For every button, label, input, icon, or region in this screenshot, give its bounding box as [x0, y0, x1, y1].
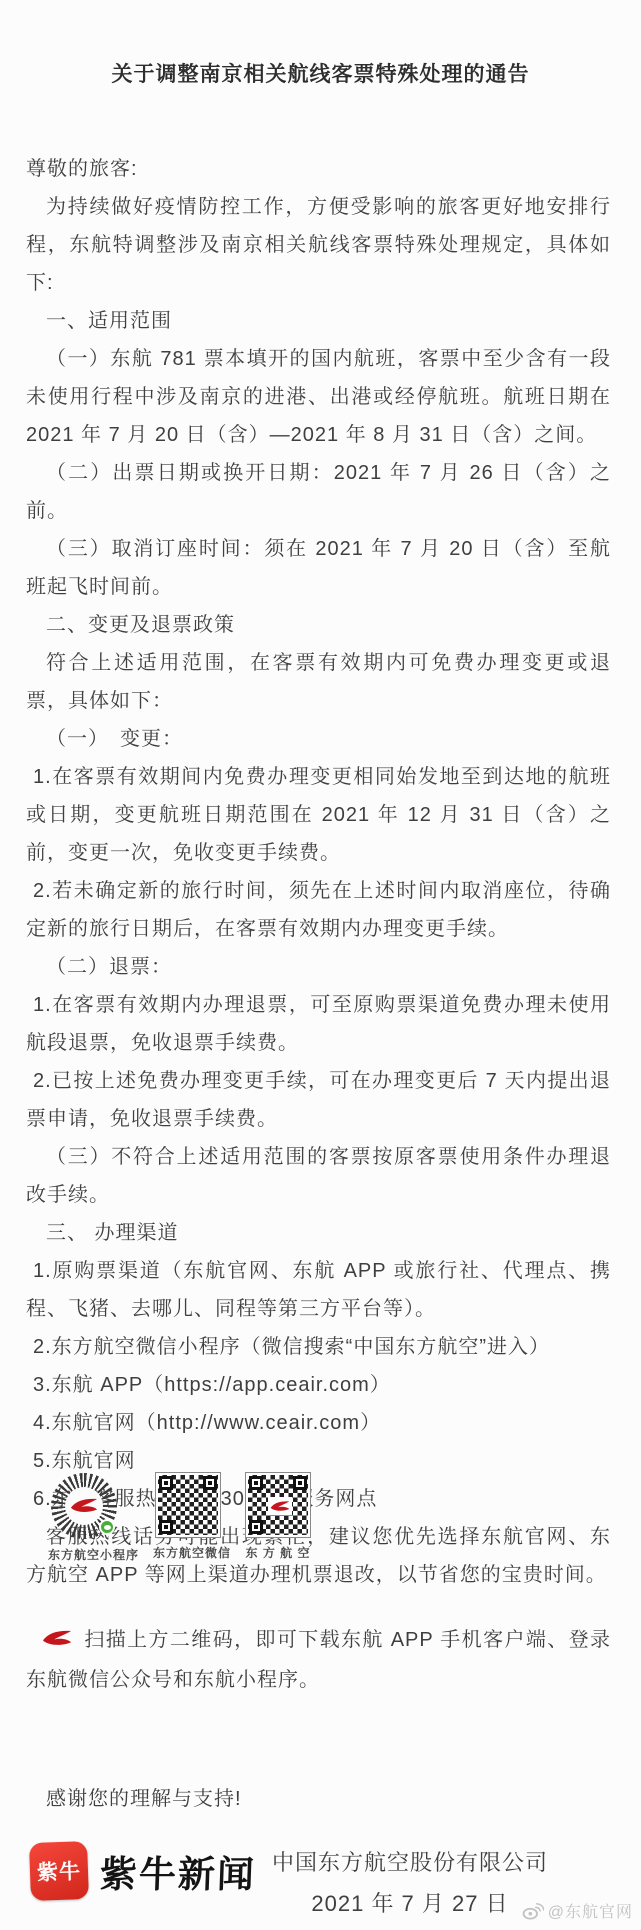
- qr-finder-icon: [293, 1476, 307, 1490]
- clause-1-2: （二）出票日期或换开日期：2021 年 7 月 26 日（含）之前。: [26, 454, 611, 530]
- channel-4: 4.东航官网（http://www.ceair.com）: [26, 1404, 611, 1442]
- qr-item: 东方航空微信: [153, 1473, 223, 1561]
- scan-instruction-text: 扫描上方二维码，即可下载东航 APP 手机客户端、登录东航微信公众号和东航小程序…: [26, 1629, 611, 1691]
- ziniu-news-brand: 紫牛 紫牛新闻: [30, 1842, 256, 1900]
- section-2-heading: 二、变更及退票政策: [26, 606, 611, 644]
- wechat-qr-code: [156, 1473, 220, 1537]
- signature-date: 2021 年 7 月 27 日: [255, 1887, 565, 1918]
- china-eastern-logo-icon: [42, 1629, 72, 1648]
- qr-finder-icon: [203, 1476, 217, 1490]
- clause-2-3: （三）不符合上述适用范围的客票按原客票使用条件办理退改手续。: [26, 1138, 611, 1214]
- qr-item: 东 方 航 空: [243, 1473, 313, 1561]
- qr-label: 东 方 航 空: [243, 1544, 313, 1561]
- qr-item: 东方航空小程序: [48, 1473, 120, 1563]
- wechat-badge-icon: [99, 1519, 115, 1535]
- channel-3: 3.东航 APP（https://app.ceair.com）: [26, 1366, 611, 1404]
- channel-2: 2.东方航空微信小程序（微信搜索“中国东方航空”进入）: [26, 1328, 611, 1366]
- qr-finder-icon: [159, 1520, 173, 1534]
- section-1-heading: 一、适用范围: [26, 302, 611, 340]
- watermark-text: @东航官网: [548, 1899, 633, 1922]
- signature-block: 中国东方航空股份有限公司 2021 年 7 月 27 日: [255, 1846, 565, 1918]
- ziniu-news-wordmark: 紫牛新闻: [99, 1844, 257, 1898]
- qr-center-logo: [268, 1497, 292, 1515]
- document-body: 尊敬的旅客:为持续做好疫情防控工作，方便受影响的旅客更好地安排行程，东航特调整涉…: [26, 150, 611, 1594]
- clause-2-2-heading: （二）退票：: [26, 948, 611, 986]
- qr-finder-icon: [159, 1476, 173, 1490]
- scan-instruction: 扫描上方二维码，即可下载东航 APP 手机客户端、登录东航微信公众号和东航小程序…: [26, 1620, 611, 1700]
- item-2-1-2: 2.若未确定新的旅行时间，须先在上述时间内取消座位，待确定新的旅行日期后，在客票…: [26, 872, 611, 948]
- item-2-2-1: 1.在客票有效期内办理退票，可至原购票渠道免费办理未使用航段退票，免收退票手续费…: [26, 986, 611, 1062]
- item-2-2-2: 2.已按上述免费办理变更手续，可在办理变更后 7 天内提出退票申请，免收退票手续…: [26, 1062, 611, 1138]
- clause-2-1-heading: （一） 变更：: [26, 720, 611, 758]
- ziniu-app-icon: 紫牛: [29, 1841, 89, 1901]
- intro-paragraph: 为持续做好疫情防控工作，方便受影响的旅客更好地安排行程，东航特调整涉及南京相关航…: [26, 188, 611, 302]
- company-name: 中国东方航空股份有限公司: [255, 1846, 565, 1877]
- china-eastern-logo-icon: [270, 1500, 290, 1513]
- qr-finder-icon: [249, 1476, 263, 1490]
- qr-code-row: 东方航空小程序东方航空微信东 方 航 空: [0, 1473, 641, 1583]
- section-3-heading: 三、 办理渠道: [26, 1214, 611, 1252]
- china-eastern-qr-code: [246, 1473, 310, 1537]
- qr-label: 东方航空微信: [153, 1544, 223, 1561]
- clause-1-3: （三）取消订座时间：须在 2021 年 7 月 20 日（含）至航班起飞时间前。: [26, 530, 611, 606]
- channel-1: 1.原购票渠道（东航官网、东航 APP 或旅行社、代理点、携程、飞猪、去哪儿、同…: [26, 1252, 611, 1328]
- qr-finder-icon: [249, 1520, 263, 1534]
- qr-label: 东方航空小程序: [48, 1546, 120, 1563]
- mini-program-qr-code: [51, 1473, 117, 1539]
- weibo-watermark: @东航官网: [522, 1899, 633, 1922]
- section-2-intro: 符合上述适用范围，在客票有效期内可免费办理变更或退票，具体如下：: [26, 644, 611, 720]
- china-eastern-logo-icon: [70, 1497, 98, 1515]
- thanks-line: 感谢您的理解与支持!: [26, 1782, 611, 1811]
- weibo-icon: [522, 1902, 544, 1920]
- notice-document: 关于调整南京相关航线客票特殊处理的通告 尊敬的旅客:为持续做好疫情防控工作，方便…: [0, 0, 641, 1930]
- clause-1-1: （一）东航 781 票本填开的国内航班，客票中至少含有一段未使用行程中涉及南京的…: [26, 340, 611, 454]
- salutation: 尊敬的旅客:: [26, 150, 611, 188]
- document-title: 关于调整南京相关航线客票特殊处理的通告: [0, 58, 641, 88]
- item-2-1-1: 1.在客票有效期间内免费办理变更相同始发地至到达地的航班或日期，变更航班日期范围…: [26, 758, 611, 872]
